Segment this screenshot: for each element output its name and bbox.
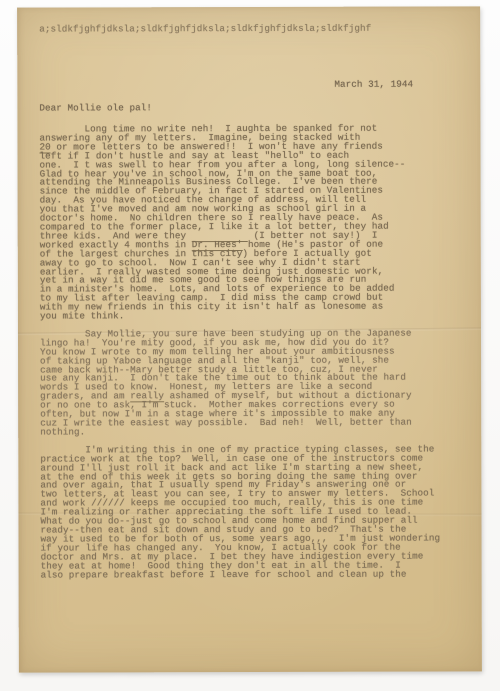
paragraph: I'm writing this in one of my practice t… [40,445,470,580]
letter-line: also prepare breakfast before I leave fo… [41,570,471,580]
scanned-letter-page: a;sldkfjghfjdksla;sldkfjghfjdksla;sldkfj… [0,0,500,691]
paragraph: Long time no write neh! I aughta be span… [39,124,470,321]
paragraph: Say Mollie, you sure have been studying … [40,329,470,437]
letter-paper: a;sldkfjghfjdksla;sldkfjghfjdksla;sldkfj… [17,6,482,672]
typing-practice-line: a;sldkfjghfjdksla;sldkfjghfjdksla;sldkfj… [39,23,371,35]
letter-line: nothing. [40,427,470,437]
letter-salutation: Dear Mollie ole pal! [39,102,152,113]
letter-body: Long time no write neh! I aughta be span… [39,124,470,589]
letter-date: March 31, 1944 [334,79,413,90]
letter-line: you mite think. [40,311,470,321]
